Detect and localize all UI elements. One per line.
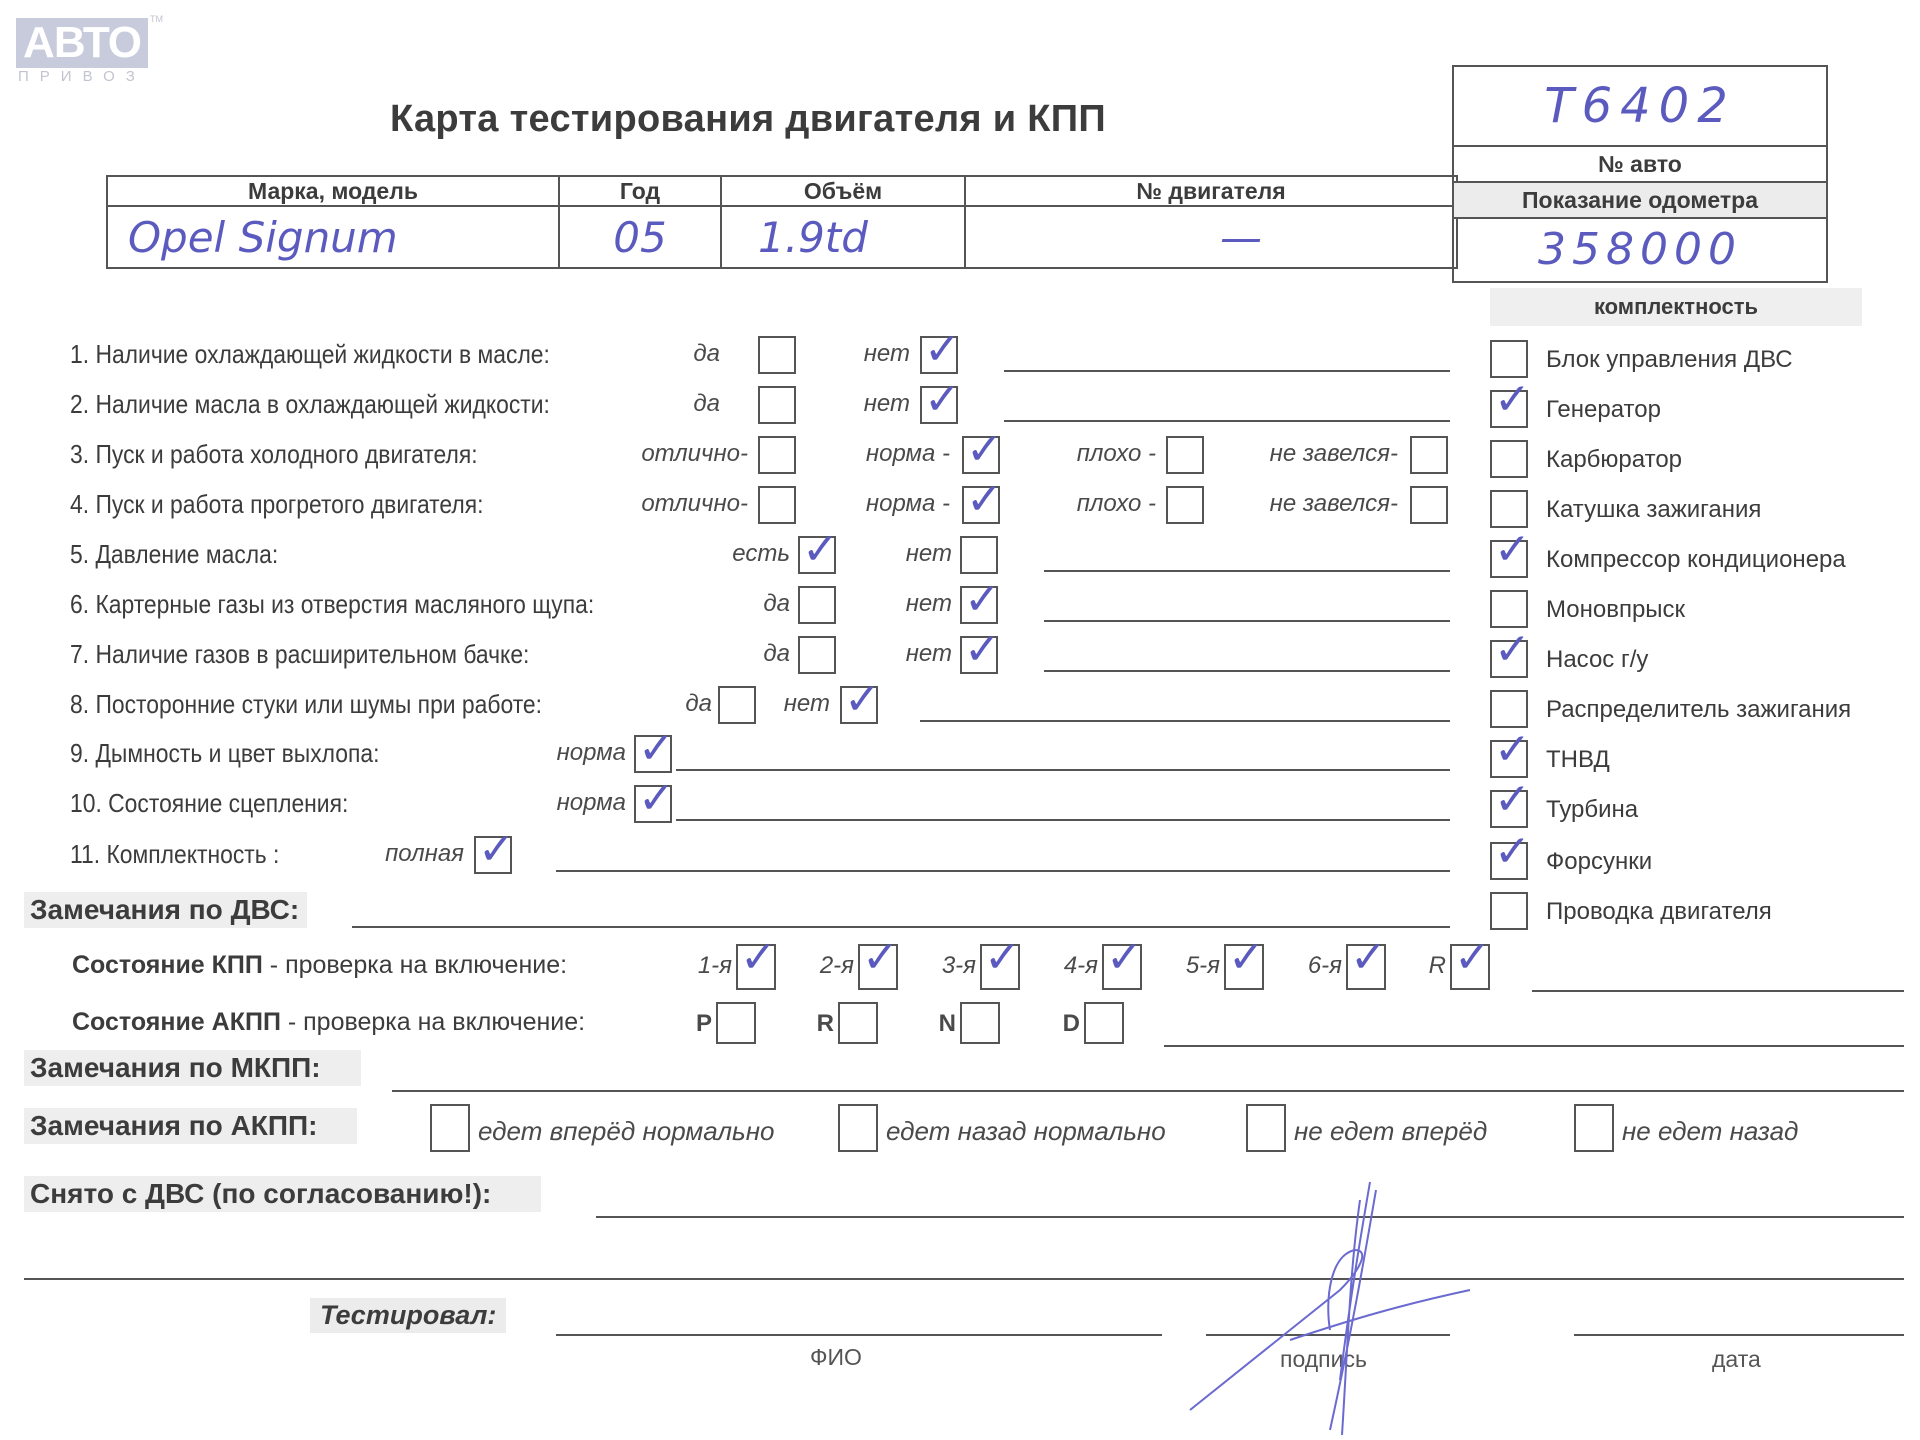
kpp-label: Состояние КПП - проверка на включение: [72,951,567,980]
completeness-checkbox[interactable] [1490,490,1528,528]
completeness-label: ТНВД [1546,738,1610,782]
checklist-row: 4. Пуск и работа прогретого двигателя: [70,482,540,526]
remarks-mkpp-field[interactable] [392,1090,1904,1092]
completeness-label: Катушка зажигания [1546,488,1761,532]
option-label: нет [864,382,910,426]
checklist-question: 7. Наличие газов в расширительном бачке: [70,632,529,676]
completeness-label: Насос г/у [1546,638,1648,682]
option-label: норма [557,781,626,825]
completeness-label: Компрессор кондиционера [1546,538,1846,582]
gear-checkbox[interactable] [736,944,776,990]
remarks-engine-label: Замечания по ДВС: [24,892,307,928]
option-checkbox[interactable] [474,836,512,874]
column-header-engine-number: № двигателя [965,176,1457,206]
checklist-note-field[interactable] [676,819,1450,821]
checklist-row: 11. Комплектность : [70,832,308,876]
column-header-volume: Объём [721,176,965,206]
checklist-question: 8. Посторонние стуки или шумы при работе… [70,682,542,726]
akpp-mode-label: D [1063,1010,1080,1038]
option-label: нет [864,332,910,376]
option-checkbox[interactable] [758,486,796,524]
akpp-remark-label: не едет назад [1622,1116,1798,1147]
checklist-note-field[interactable] [1004,370,1450,372]
checklist-row: 7. Наличие газов в расширительном бачке: [70,632,592,676]
volume-field[interactable]: 1.9td [721,206,965,268]
akpp-remark-checkbox[interactable] [1246,1104,1286,1152]
completeness-checkbox[interactable] [1490,892,1528,930]
option-checkbox[interactable] [960,636,998,674]
odometer-label: Показание одометра [1454,183,1826,219]
gear-label: 1-я [698,952,732,980]
akpp-remark-checkbox[interactable] [838,1104,878,1152]
completeness-label: Генератор [1546,388,1661,432]
option-checkbox[interactable] [962,486,1000,524]
removed-label: Снято с ДВС (по согласованию!): [24,1176,541,1212]
option-checkbox[interactable] [1166,436,1204,474]
completeness-label: Турбина [1546,788,1638,832]
checklist-question: 10. Состояние сцепления: [70,781,348,825]
checklist-note-field[interactable] [1044,620,1450,622]
akpp-remark-label: едет назад нормально [886,1116,1166,1147]
checklist-row: 1. Наличие охлаждающей жидкости в масле: [70,332,615,376]
completeness-checkbox[interactable] [1490,790,1528,828]
make-model-field[interactable]: Opel Signum [107,206,559,268]
option-checkbox[interactable] [718,686,756,724]
year-field[interactable]: 05 [559,206,721,268]
gear-label: 6-я [1308,952,1342,980]
checklist-question: 4. Пуск и работа прогретого двигателя: [70,482,483,526]
akpp-mode-checkbox[interactable] [1084,1002,1124,1044]
completeness-label: Моновпрыск [1546,588,1685,632]
option-checkbox[interactable] [798,636,836,674]
completeness-checkbox[interactable] [1490,340,1528,378]
option-checkbox[interactable] [920,386,958,424]
checklist-row: 9. Дымность и цвет выхлопа: [70,731,422,775]
checklist-question: 11. Комплектность : [70,832,279,876]
option-label: отлично- [641,482,748,526]
option-checkbox[interactable] [1410,486,1448,524]
akpp-label: Состояние АКПП - проверка на включение: [72,1008,585,1037]
option-checkbox[interactable] [758,436,796,474]
option-checkbox[interactable] [798,586,836,624]
akpp-remark-label: не едет вперёд [1294,1116,1487,1147]
completeness-label: Форсунки [1546,840,1652,884]
completeness-checkbox[interactable] [1490,740,1528,778]
vehicle-info-table: Марка, модель Год Объём № двигателя Opel… [106,175,1458,269]
gear-checkbox[interactable] [1346,944,1386,990]
column-header-make-model: Марка, модель [107,176,559,206]
completeness-checkbox[interactable] [1490,842,1528,880]
option-label: норма [557,731,626,775]
signature-scribble-icon [1180,1180,1480,1440]
checklist-question: 1. Наличие охлаждающей жидкости в масле: [70,332,550,376]
logo: АВТО [16,18,148,68]
column-header-year: Год [559,176,721,206]
gear-label: 4-я [1064,952,1098,980]
tester-name-field[interactable] [556,1334,1162,1336]
tester-date-field[interactable] [1574,1334,1904,1336]
akpp-mode-checkbox[interactable] [838,1002,878,1044]
odometer-field[interactable]: 358000 [1454,219,1826,281]
option-label: нет [906,532,952,576]
akpp-mode-checkbox[interactable] [960,1002,1000,1044]
checklist-note-field[interactable] [1044,570,1450,572]
checklist-question: 2. Наличие масла в охлаждающей жидкости: [70,382,550,426]
option-checkbox[interactable] [960,586,998,624]
option-label: плохо - [1077,432,1156,476]
logo-subtitle: ПРИВОЗ [18,68,150,85]
completeness-heading: комплектность [1490,288,1862,326]
gear-checkbox[interactable] [1224,944,1264,990]
gear-label: 2-я [820,952,854,980]
remarks-engine-field[interactable] [352,926,1450,928]
option-checkbox[interactable] [962,436,1000,474]
completeness-checkbox[interactable] [1490,390,1528,428]
checklist-row: 8. Посторонние стуки или шумы при работе… [70,682,606,726]
completeness-checkbox[interactable] [1490,540,1528,578]
kpp-notes-field[interactable] [1532,990,1904,992]
option-label: есть [732,532,790,576]
kpp-label-bold: Состояние КПП [72,951,263,979]
checklist-note-field[interactable] [556,870,1450,872]
option-label: норма - [866,432,950,476]
checklist-row: 10. Состояние сцепления: [70,781,386,825]
option-label: не завелся- [1270,432,1398,476]
option-label: плохо - [1077,482,1156,526]
checklist-question: 9. Дымность и цвет выхлопа: [70,731,379,775]
page-title: Карта тестирования двигателя и КПП [390,98,1106,141]
gear-checkbox[interactable] [858,944,898,990]
engine-number-field[interactable]: — [965,206,1457,268]
akpp-notes-field[interactable] [1164,1045,1904,1047]
option-checkbox[interactable] [758,336,796,374]
akpp-label-rest: - проверка на включение: [281,1008,585,1036]
option-checkbox[interactable] [960,536,998,574]
option-checkbox[interactable] [1166,486,1204,524]
option-label: отлично- [641,432,748,476]
remarks-akpp-label: Замечания по АКПП: [24,1108,357,1144]
completeness-checkbox[interactable] [1490,690,1528,728]
completeness-checkbox[interactable] [1490,640,1528,678]
checklist-row: 6. Картерные газы из отверстия масляного… [70,582,666,626]
option-label: полная [385,832,464,876]
option-label: нет [784,682,830,726]
option-checkbox[interactable] [920,336,958,374]
logo-trademark: TM [150,14,163,24]
caption-date: дата [1712,1346,1761,1373]
checklist-note-field[interactable] [920,720,1450,722]
akpp-remark-label: едет вперёд нормально [478,1116,774,1147]
akpp-label-bold: Состояние АКПП [72,1008,281,1036]
option-label: нет [906,632,952,676]
option-label: да [763,632,790,676]
gear-label: 3-я [942,952,976,980]
completeness-label: Блок управления ДВС [1546,338,1793,382]
gear-label: 5-я [1186,952,1220,980]
akpp-remark-checkbox[interactable] [1574,1104,1614,1152]
option-checkbox[interactable] [758,386,796,424]
gear-checkbox[interactable] [980,944,1020,990]
option-checkbox[interactable] [840,686,878,724]
completeness-label: Карбюратор [1546,438,1682,482]
car-number-label: № авто [1454,147,1826,183]
checklist-question: 6. Картерные газы из отверстия масляного… [70,582,594,626]
option-label: да [763,582,790,626]
checklist-note-field[interactable] [1004,420,1450,422]
checklist-row: 3. Пуск и работа холодного двигателя: [70,432,533,476]
akpp-mode-label: R [817,1010,834,1038]
checklist-note-field[interactable] [1044,670,1450,672]
checklist-question: 3. Пуск и работа холодного двигателя: [70,432,478,476]
akpp-mode-label: P [696,1010,712,1038]
akpp-remark-checkbox[interactable] [430,1104,470,1152]
caption-name: ФИО [810,1344,862,1371]
option-label: да [693,382,720,426]
gear-label: R [1429,952,1446,980]
completeness-label: Проводка двигателя [1546,890,1772,934]
checklist-row: 5. Давление масла: [70,532,307,576]
remarks-mkpp-label: Замечания по МКПП: [24,1050,361,1086]
vehicle-id-box: T6402 № авто Показание одометра 358000 [1452,65,1828,283]
akpp-mode-label: N [939,1010,956,1038]
option-label: норма - [866,482,950,526]
car-number-field[interactable]: T6402 [1454,67,1826,147]
checklist-note-field[interactable] [676,769,1450,771]
removed-field-line-2[interactable] [24,1278,1904,1280]
option-label: да [693,332,720,376]
option-checkbox[interactable] [634,785,672,823]
akpp-mode-checkbox[interactable] [716,1002,756,1044]
option-checkbox[interactable] [1410,436,1448,474]
completeness-checkbox[interactable] [1490,440,1528,478]
completeness-label: Распределитель зажигания [1546,688,1851,732]
completeness-checkbox[interactable] [1490,590,1528,628]
checklist-question: 5. Давление масла: [70,532,278,576]
option-checkbox[interactable] [634,735,672,773]
checklist-row: 2. Наличие масла в охлаждающей жидкости: [70,382,615,426]
kpp-label-rest: - проверка на включение: [263,951,567,979]
option-label: не завелся- [1270,482,1398,526]
gear-checkbox[interactable] [1450,944,1490,990]
gear-checkbox[interactable] [1102,944,1142,990]
tested-by-label: Тестировал: [310,1298,506,1333]
option-label: нет [906,582,952,626]
option-checkbox[interactable] [798,536,836,574]
option-label: да [685,682,712,726]
